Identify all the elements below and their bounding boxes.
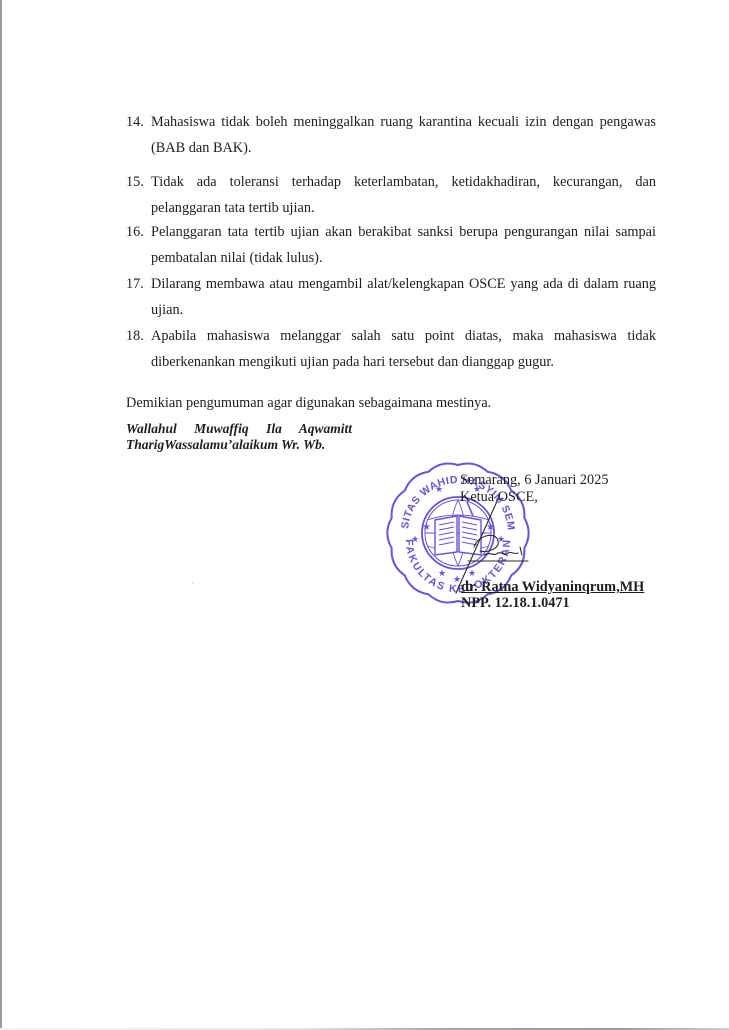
closing-salutation: Wallahul Muwaffiq Ila Aqwamitt TharigWas… bbox=[126, 421, 366, 453]
svg-text:★: ★ bbox=[422, 522, 431, 533]
salutation-line-2: TharigWassalamu’alaikum Wr. Wb. bbox=[126, 437, 366, 453]
rule-item-17: 17. Dilarang membawa atau mengambil alat… bbox=[126, 271, 656, 323]
rule-number: 18. bbox=[126, 323, 151, 349]
rule-text: Mahasiswa tidak boleh meninggalkan ruang… bbox=[151, 109, 656, 161]
signatory-name: dr. Ratna Widyaninqrum,MH bbox=[461, 579, 644, 596]
salutation-line-1: Wallahul Muwaffiq Ila Aqwamitt bbox=[126, 421, 352, 437]
place-and-date: Semarang, 6 Januari 2025 bbox=[460, 472, 609, 489]
rule-item-16: 16. Pelanggaran tata tertib ujian akan b… bbox=[126, 219, 656, 271]
signature-block: Semarang, 6 Januari 2025 Ketua OSCE, dr.… bbox=[460, 472, 609, 506]
rule-number: 15. bbox=[126, 169, 151, 195]
rule-number: 14. bbox=[126, 109, 151, 135]
closing-statement: Demikian pengumuman agar digunakan sebag… bbox=[126, 391, 491, 415]
rule-number: 16. bbox=[126, 219, 151, 245]
signatory-position: Ketua OSCE, bbox=[460, 489, 609, 506]
rule-item-18: 18. Apabila mahasiswa melanggar salah sa… bbox=[126, 323, 656, 375]
svg-text:★: ★ bbox=[435, 484, 443, 494]
page-left-edge bbox=[0, 0, 2, 1030]
rule-text: Tidak ada toleransi terhadap keterlambat… bbox=[151, 169, 656, 221]
rule-text: Apabila mahasiswa melanggar salah satu p… bbox=[151, 323, 656, 375]
signatory-npp: NPP. 12.18.1.0471 bbox=[461, 595, 570, 612]
rule-text: Dilarang membawa atau mengambil alat/kel… bbox=[151, 271, 656, 323]
rule-item-15: 15. Tidak ada toleransi terhadap keterla… bbox=[126, 169, 656, 221]
scan-speck bbox=[192, 582, 194, 584]
svg-text:★: ★ bbox=[411, 534, 419, 544]
rule-item-14: 14. Mahasiswa tidak boleh meninggalkan r… bbox=[126, 109, 656, 161]
rule-text: Pelanggaran tata tertib ujian akan berak… bbox=[151, 219, 656, 271]
rule-number: 17. bbox=[126, 271, 151, 297]
